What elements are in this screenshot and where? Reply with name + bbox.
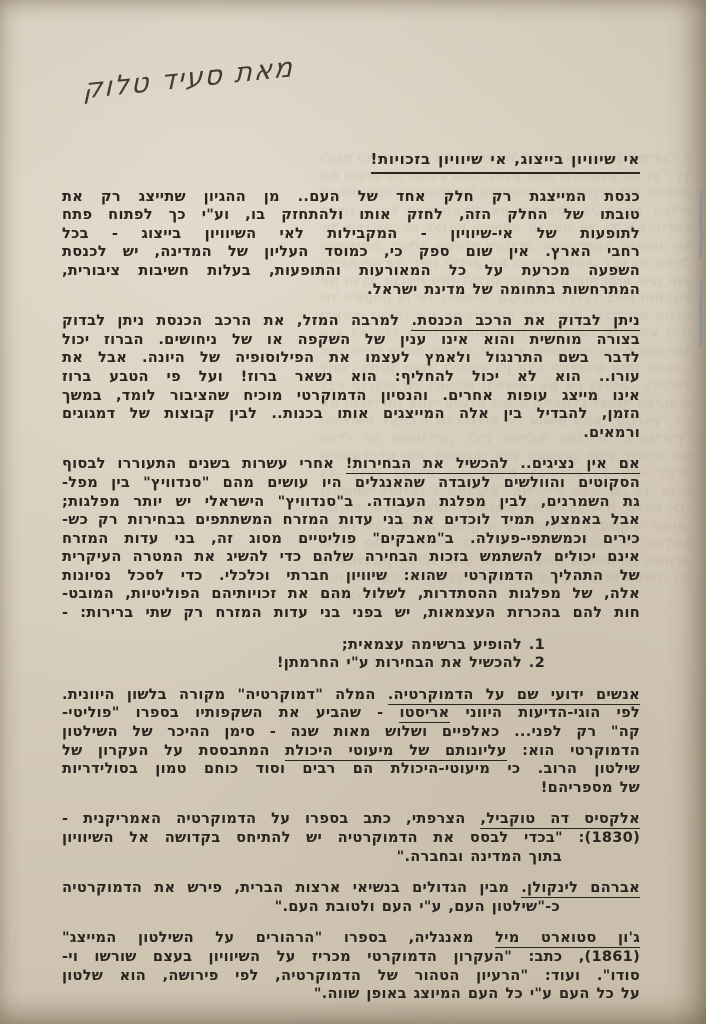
text-line: (1830): "בכדי לבסס את הדמוקרטיה יש להתיח… [62,829,640,848]
scanned-page-background: כנסת המייצגת רק חלק אחד של העם.. מן ההגי… [0,0,706,1024]
text-line: אלקסיס דה טוקביל, הצרפתי, כתב בספרו על ה… [62,810,640,829]
choices-list: 1. להופיע ברשימה עצמאית;2. להכשיל את הבח… [62,636,640,673]
text-line: בצורה מוחשית והוא אינו ענין של השקפה או … [62,331,640,350]
text-line: אלה, של מפלגות ההסתדרות, לשלול מהם את זכ… [62,585,640,604]
paragraph-lincoln: אברהם לינקולן. מבין הגדולים בנשיאי ארצות… [62,879,640,916]
text-line: כירים וכמשתפי-פעולה. ב"מאבקים" פוליטיים … [62,530,640,549]
text-line: 2. להכשיל את הבחירות ע"י החרמתן! [62,654,545,673]
text-line: רחבי הארץ. אין שום ספק כי, כמוסד העליון … [62,243,640,262]
text-line: שילטון הרוב. כי מיעוטי-היכולת הם רבים וס… [62,760,640,779]
handwritten-author-note: מאת סעיד טלוק [65,52,295,107]
text-line: ניתן לבדוק את הרכב הכנסת. למרבה המזל, את… [62,312,640,331]
paragraph-knesset-composition: ניתן לבדוק את הרכב הכנסת. למרבה המזל, את… [62,312,640,442]
text-line: לדבר בשם התרנגול ולאמץ לעצמו את הפילוסופ… [62,349,640,368]
text-line: חות להם בהכרזת העצמאות, יש בפני בני עדות… [62,604,640,623]
blue-margin-mark [696,188,706,348]
text-line: על כל העם ע"י כל העם המיוצג באופן שווה." [62,985,640,1004]
text-line: לפי הוגי-הדיעות היווני אריסטו - שהביע את… [62,704,640,723]
text-line: אם אין נציגים.. להכשיל את הבחירות! אחרי … [62,455,640,474]
paragraph-tocqueville: אלקסיס דה טוקביל, הצרפתי, כתב בספרו על ה… [62,810,640,866]
text-line: קה" רק לפני... כאלפיים ושלוש מאות שנה - … [62,723,640,742]
text-line: עורו.. הוא לא יכול להחליף: הוא נשאר ברוז… [62,368,640,387]
text-line: אינו מייצג עופות אחרים. והנסיון הדמוקרטי… [62,387,640,406]
text-line: אברהם לינקולן. מבין הגדולים בנשיאי ארצות… [62,879,640,898]
text-line: (1861), כתב: "העקרון הדמוקרטי מכריז על ה… [62,948,640,967]
text-line: הזמן, להבדיל בין אלה המייצגים אותו בכנות… [62,405,640,424]
text-line: לתופעות של אי-שיוויון - המקבילות לאי השי… [62,225,640,244]
paragraph-no-representatives: אם אין נציגים.. להכשיל את הבחירות! אחרי … [62,455,640,622]
text-line: של מספריהם! [62,779,640,798]
text-line: הדמוקרטי הוא: עליונותם של מיעוטי היכולת … [62,742,640,761]
text-line: סודו". ועוד: "הרעיון הטהור של הדמוקרטיה,… [62,967,640,986]
text-line: של התהליך הדמוקרטי שהוא: שיוויון חברתי ו… [62,567,640,586]
text-line: השפעה מכרעת על כל המאורעות והתופעות, בעל… [62,262,640,281]
text-line: בתוך המדינה ובחברה." [62,848,562,867]
paragraph-knesset-representation: כנסת המייצגת רק חלק אחד של העם.. מן ההגי… [62,188,640,300]
text-line: ורמאים. [62,424,640,443]
text-line: כ-"שילטון העם, ע"י העם ולטובת העם." [62,898,560,917]
text-line: גת השמרנים, לבין מפלגת העבודה. ב"סנדוויץ… [62,493,640,512]
text-line: טובתו של החלק הזה, לחזק אותו ולהתחזק בו,… [62,206,640,225]
heading-row: אי שיוויון בייצוג, אי שיוויון בזכויות! [62,150,640,174]
paragraph-john-stuart-mill: ג'ון סטוארט מיל מאנגליה, בספרו "הרהורים … [62,929,640,1003]
document-title: אי שיוויון בייצוג, אי שיוויון בזכויות! [371,150,640,174]
text-block: אי שיוויון בייצוג, אי שיוויון בזכויות! כ… [62,150,640,1017]
text-line: 1. להופיע ברשימה עצמאית; [62,636,545,655]
paragraph-famous-people-democracy: אנשים ידועי שם על הדמוקרטיה. המלה "דמוקר… [62,686,640,798]
text-line: אנשים ידועי שם על הדמוקרטיה. המלה "דמוקר… [62,686,640,705]
text-line: כנסת המייצגת רק חלק אחד של העם.. מן ההגי… [62,188,640,207]
text-line: ג'ון סטוארט מיל מאנגליה, בספרו "הרהורים … [62,929,640,948]
text-line: אבל באמצע, תמיד לוכדים את בני עדות המזרח… [62,511,640,530]
text-line: אינם יכולים להשתמש בזכות הבחירה שלהם כדי… [62,548,640,567]
text-line: הסקוטים והוולשים לעובדה שהאנגלים היו עוש… [62,474,640,493]
text-line: המתרחשות בתחומה של מדינת ישראל. [62,281,640,300]
